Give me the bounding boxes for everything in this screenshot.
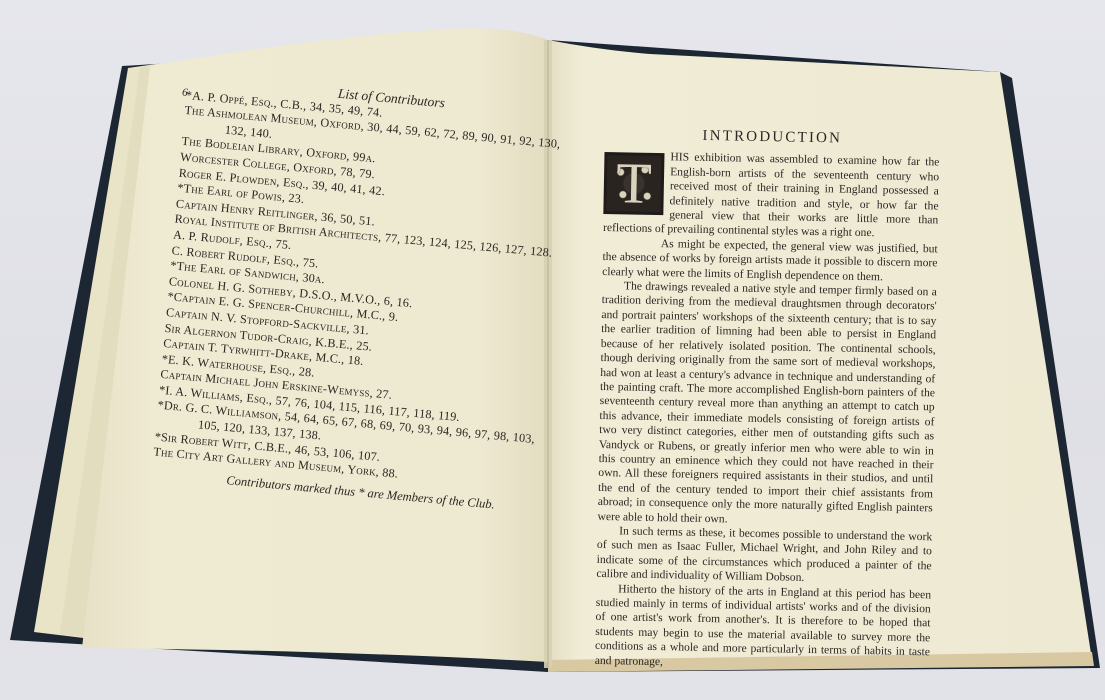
ornamental-drop-cap-icon: T [603,152,664,215]
introduction-page: INTRODUCTION T HIS exhibition was assemb… [595,127,940,674]
intro-paragraph: The drawings revealed a native style and… [597,279,937,530]
contributors-page: 6 List of Contributors *A. P. Oppé, Esq.… [151,72,567,516]
intro-paragraph: In such terms as these, it becomes possi… [596,524,932,588]
photo-scene: 6 List of Contributors *A. P. Oppé, Esq.… [0,0,1105,700]
intro-paragraph: Hitherto the history of the arts in Engl… [595,582,932,675]
drop-cap-letter: T [603,154,664,213]
intro-paragraph: As might be expected, the general view w… [602,236,938,286]
